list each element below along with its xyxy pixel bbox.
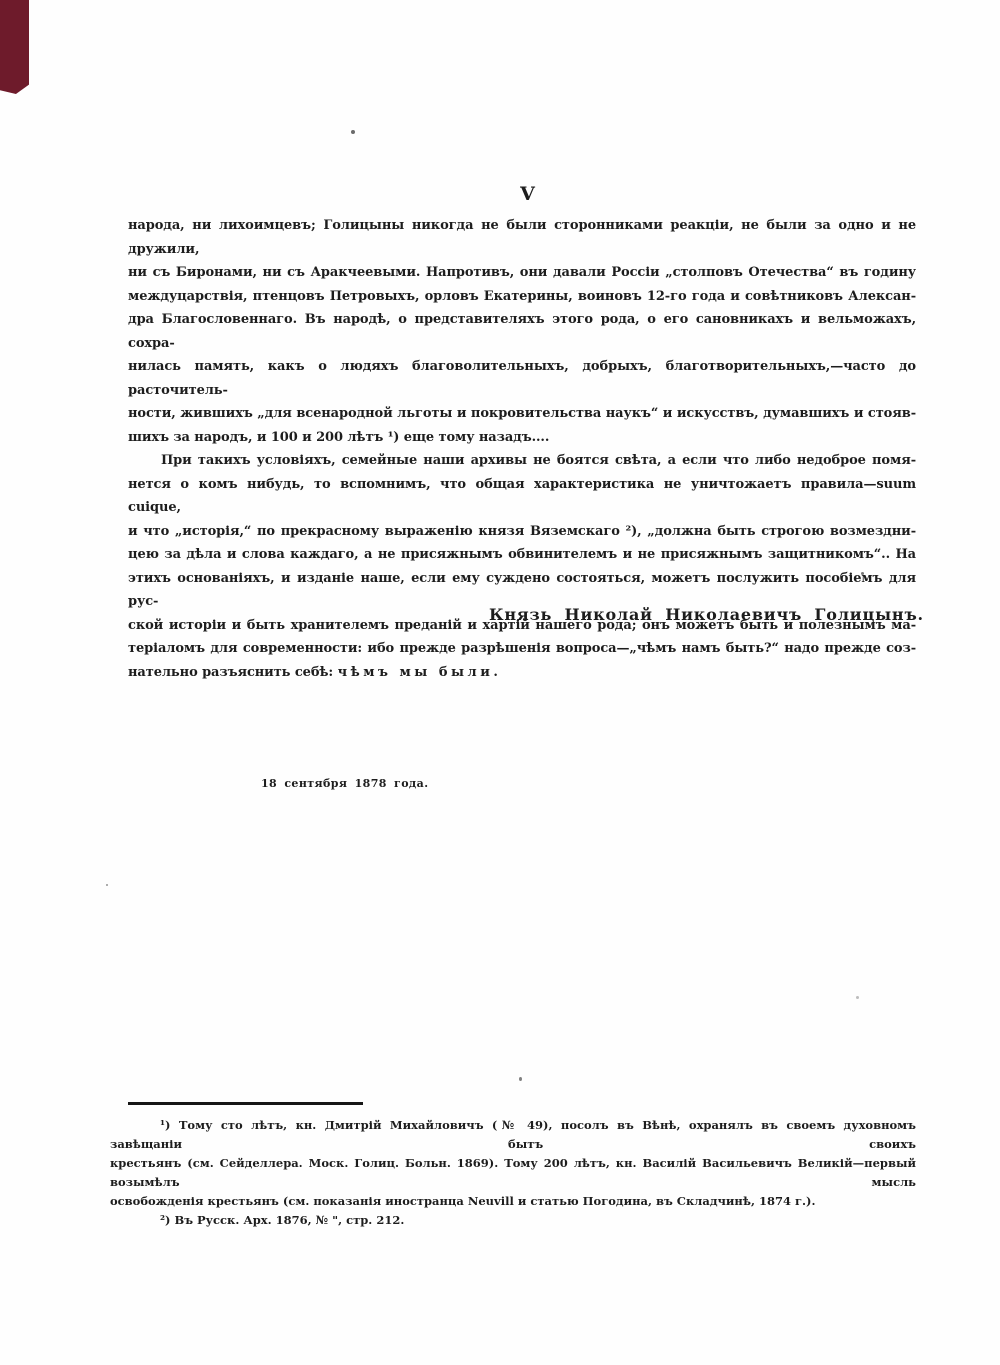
- scanned-book-page: V народа, ни лихоимцевъ; Голицыны никогд…: [0, 0, 1000, 1365]
- paragraph-1: народа, ни лихоимцевъ; Голицыны никогда …: [128, 214, 916, 449]
- author-signature: Князь Николай Николаевичъ Голицынъ.: [489, 605, 924, 624]
- body-line: ности, жившихъ „для всенародной льготы и…: [128, 402, 916, 426]
- page-number: V: [128, 183, 928, 205]
- body-line: При такихъ условіяхъ, семейные наши архи…: [128, 449, 916, 473]
- footnote-line: ¹) Тому сто лѣтъ, кн. Дмитрій Михайлович…: [110, 1116, 916, 1154]
- footnote-line: освобожденія крестьянъ (см. показанія ин…: [110, 1192, 916, 1211]
- ink-speck: [106, 884, 108, 886]
- body-line: цею за дѣла и слова каждаго, а не присяж…: [128, 543, 916, 567]
- body-line: теріаломъ для современности: ибо прежде …: [128, 637, 916, 661]
- body-line: и что „исторія,“ по прекрасному выражені…: [128, 520, 916, 544]
- ink-speck: [856, 996, 859, 999]
- body-line: шихъ за народъ, и 100 и 200 лѣтъ ¹) еще …: [128, 426, 916, 450]
- body-line: нилась память, какъ о людяхъ благоволите…: [128, 355, 916, 402]
- body-line: междуцарствія, птенцовъ Петровыхъ, орлов…: [128, 285, 916, 309]
- binding-corner-mark: [0, 0, 29, 94]
- footnotes-block: ¹) Тому сто лѣтъ, кн. Дмитрій Михайлович…: [110, 1116, 916, 1230]
- paragraph-2: При такихъ условіяхъ, семейные наши архи…: [128, 449, 916, 684]
- body-line-prefix: нательно разъяснить себѣ:: [128, 665, 338, 680]
- body-line: нется о комъ нибудь, то вспомнимъ, что о…: [128, 473, 916, 520]
- body-line: дра Благословеннаго. Въ народѣ, о предст…: [128, 308, 916, 355]
- ink-speck: [351, 130, 355, 134]
- body-line: ни съ Биронами, ни съ Аракчеевыми. Напро…: [128, 261, 916, 285]
- footnote-divider-rule: [128, 1102, 363, 1105]
- date-line: 18 сентября 1878 года.: [261, 777, 428, 790]
- body-line: народа, ни лихоимцевъ; Голицыны никогда …: [128, 214, 916, 261]
- ink-speck: [519, 1077, 522, 1081]
- footnote-line: крестьянъ (см. Сейделлера. Моск. Голиц. …: [110, 1154, 916, 1192]
- footnote-line: ²) Въ Русск. Арх. 1876, № ", стр. 212.: [110, 1211, 916, 1230]
- body-line: нательно разъяснить себѣ: чѣмъ мы были.: [128, 661, 916, 685]
- spaced-emphasis-text: чѣмъ мы были.: [338, 665, 502, 680]
